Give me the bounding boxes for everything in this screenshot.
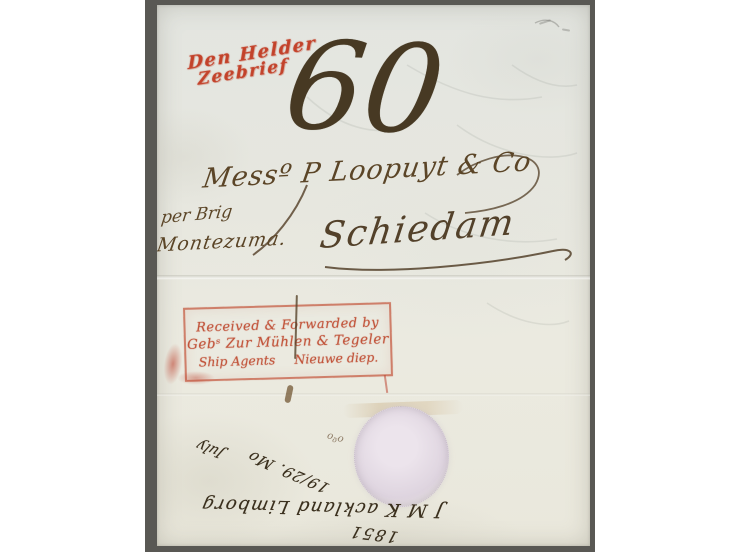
docket-year: 1851 [346,522,400,546]
envelope-paper: Den Helder Zeebrief 60 Messº P Loopuyt &… [157,5,590,546]
docket-name-line: J M K ackland Limborg [160,493,484,522]
wax-seal [354,406,449,507]
scan-background: Den Helder Zeebrief 60 Messº P Loopuyt &… [0,0,740,557]
fold-crease-upper [157,275,590,280]
red-ink-smear [177,371,215,385]
cachet-line-3-left: Ship Agents [199,352,276,369]
manuscript-rate-marking: 60 [279,25,451,152]
address-city: Schiedam [317,202,518,257]
ship-note-line-1: per Brig [160,202,234,229]
cover-photo: Den Helder Zeebrief 60 Messº P Loopuyt &… [145,0,595,552]
red-ink-tick [384,375,388,393]
forwarding-agent-cachet: Received & Forwarded by Gebˢ Zur Mühlen … [183,302,393,382]
docket-month: July [193,437,227,460]
faint-pencil-mark [562,28,570,31]
cachet-line-3-right: Nieuwe diep. [294,349,378,366]
fold-crease-lower [157,393,590,396]
ship-note-line-2: Montezuma. [157,228,288,257]
docket-date: 19/29. Mo [243,448,333,497]
seal-side-note: oºo [326,430,345,445]
cachet-line-3: Ship Agents Nieuwe diep. [199,349,379,369]
faint-pencil-mark [539,19,551,25]
